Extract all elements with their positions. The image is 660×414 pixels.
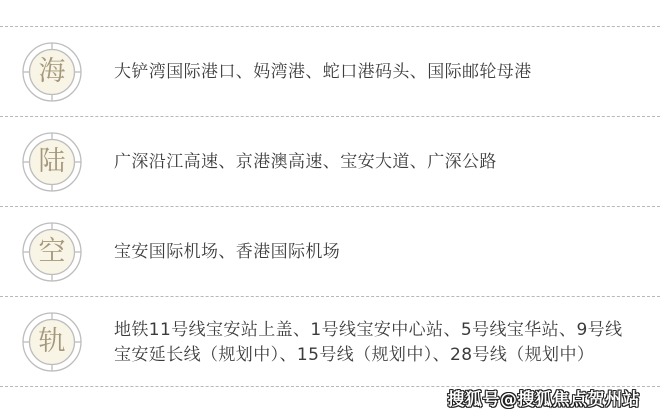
transport-row-rail: 轨 地铁11号线宝安站上盖、1号线宝安中心站、5号线宝华站、9号线 宝安延长线（…: [0, 297, 660, 387]
row-description: 地铁11号线宝安站上盖、1号线宝安中心站、5号线宝华站、9号线 宝安延长线（规划…: [114, 318, 640, 368]
badge-character: 海: [22, 42, 82, 102]
transport-row-land: 陆 广深沿江高速、京港澳高速、宝安大道、广深公路: [0, 117, 660, 207]
description-line: 大铲湾国际港口、妈湾港、蛇口港码头、国际邮轮母港: [114, 60, 640, 85]
air-badge-icon: 空: [22, 222, 82, 282]
description-line: 宝安延长线（规划中）、15号线（规划中）、28号线（规划中）: [114, 343, 640, 368]
row-description: 大铲湾国际港口、妈湾港、蛇口港码头、国际邮轮母港: [114, 60, 640, 85]
rail-badge-icon: 轨: [22, 312, 82, 372]
transport-row-air: 空 宝安国际机场、香港国际机场: [0, 207, 660, 297]
description-line: 广深沿江高速、京港澳高速、宝安大道、广深公路: [114, 150, 640, 175]
sea-badge-icon: 海: [22, 42, 82, 102]
description-line: 地铁11号线宝安站上盖、1号线宝安中心站、5号线宝华站、9号线: [114, 318, 640, 343]
badge-character: 陆: [22, 132, 82, 192]
description-line: 宝安国际机场、香港国际机场: [114, 240, 640, 265]
watermark: 搜狐号@搜狐焦点贺州站: [448, 385, 641, 410]
row-description: 广深沿江高速、京港澳高速、宝安大道、广深公路: [114, 150, 640, 175]
transport-row-sea: 海 大铲湾国际港口、妈湾港、蛇口港码头、国际邮轮母港: [0, 27, 660, 117]
badge-character: 轨: [22, 312, 82, 372]
badge-character: 空: [22, 222, 82, 282]
land-badge-icon: 陆: [22, 132, 82, 192]
row-description: 宝安国际机场、香港国际机场: [114, 240, 640, 265]
